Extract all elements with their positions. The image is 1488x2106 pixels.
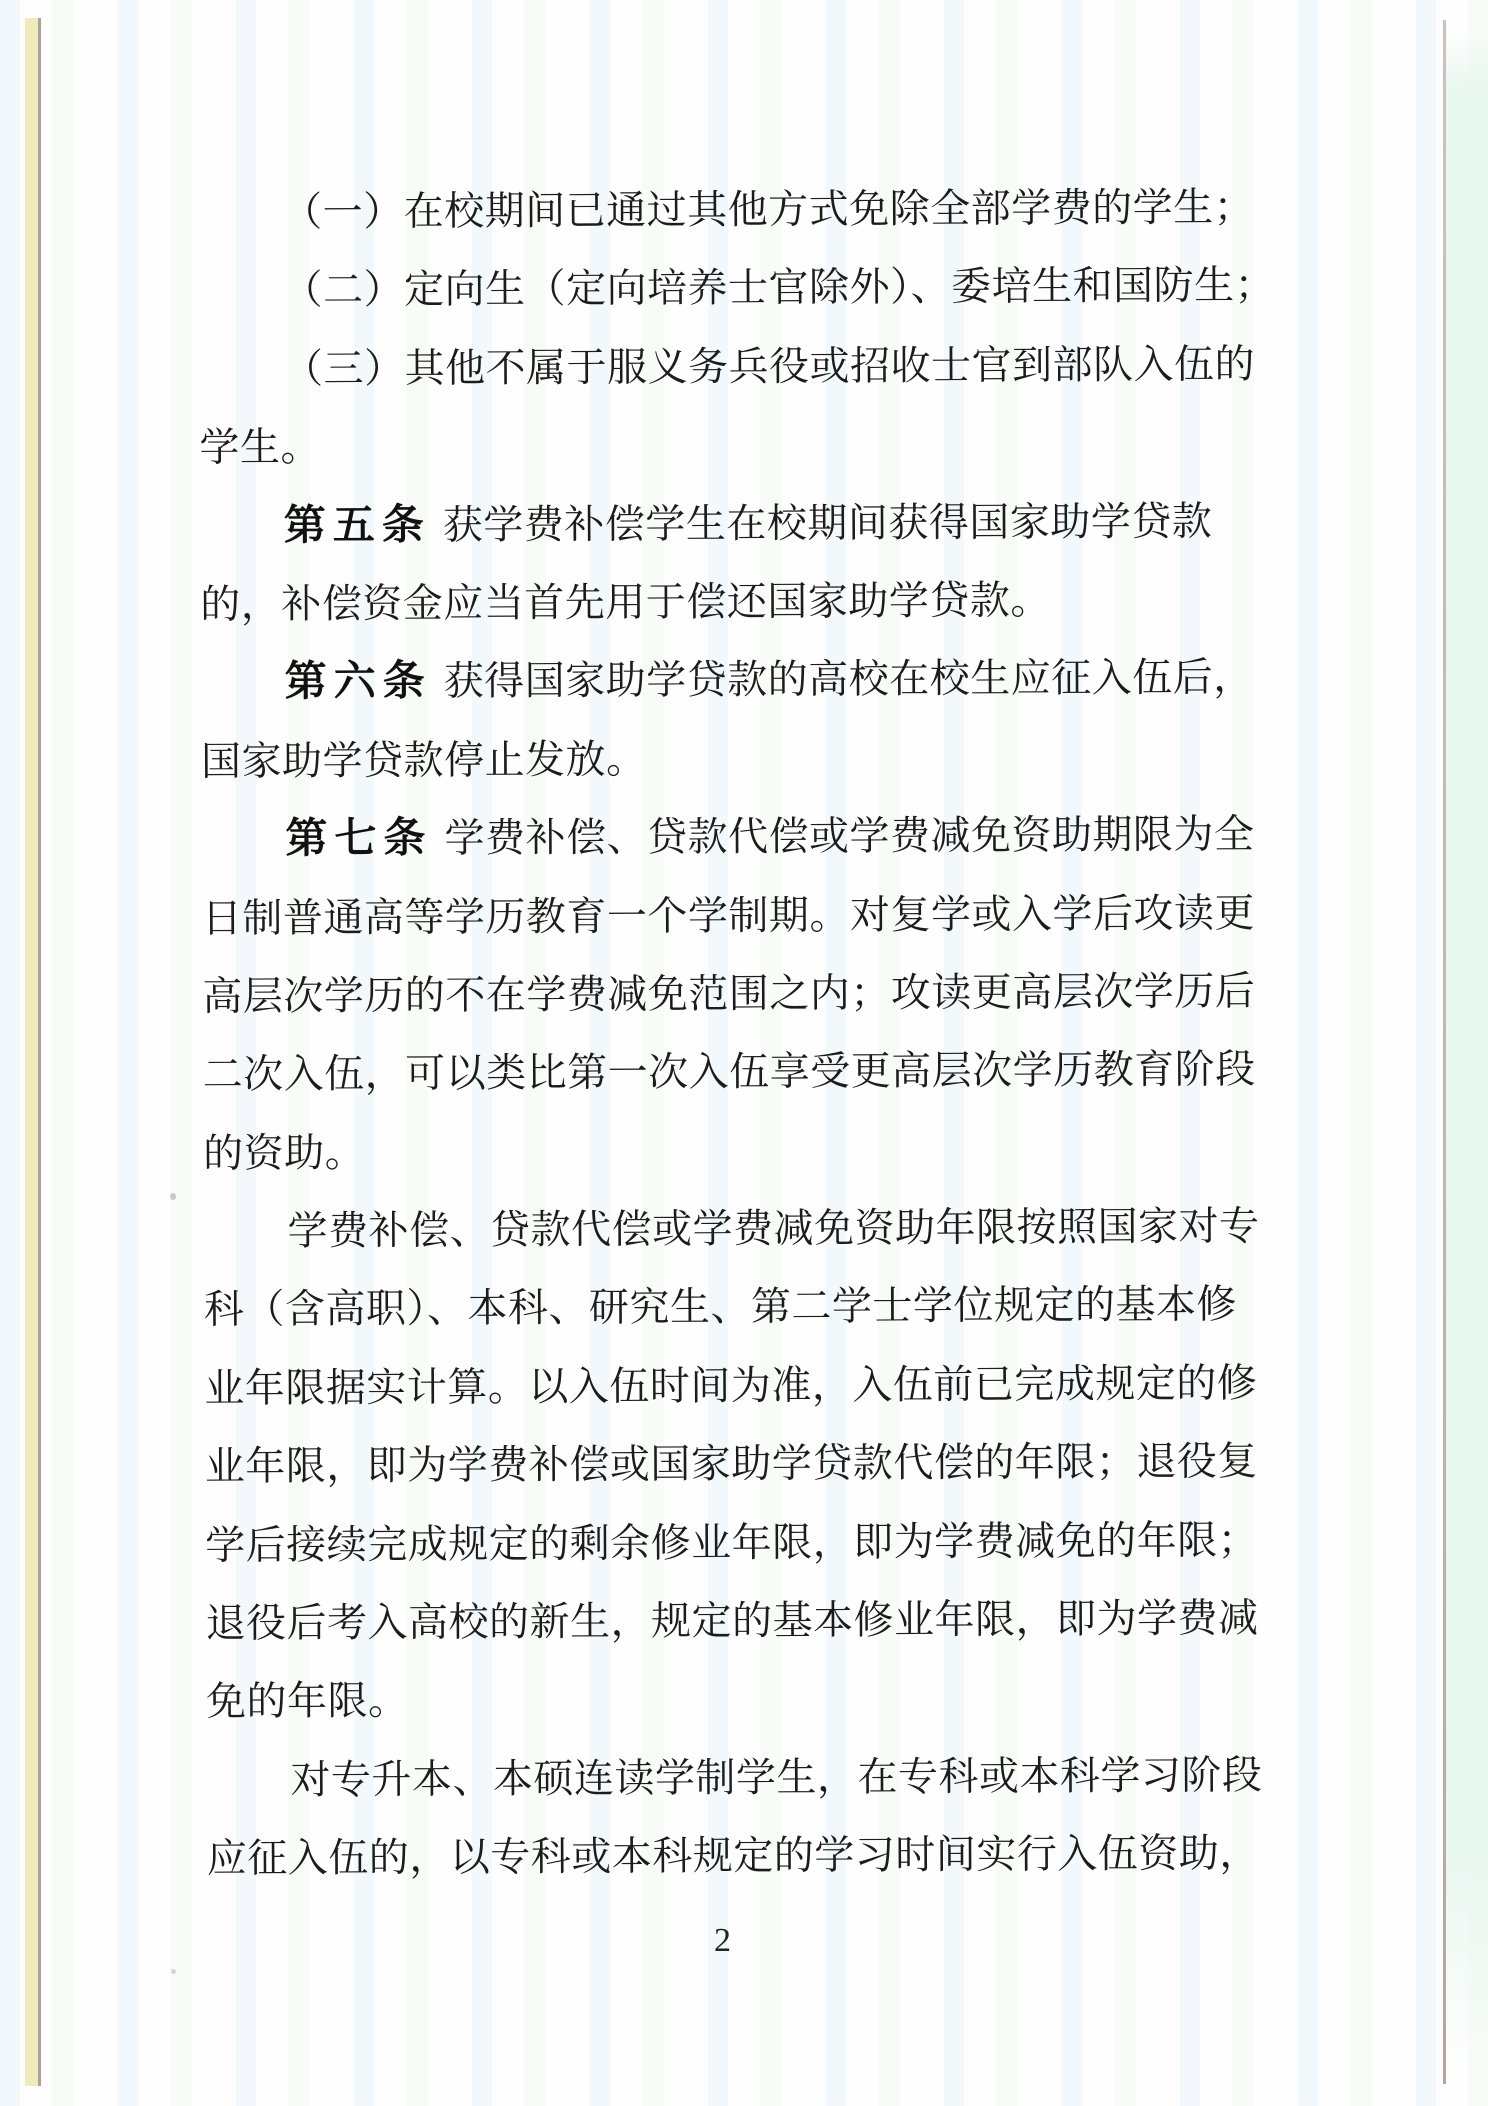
text-line: 免的年限。 [206,1658,1276,1742]
line-text: 获学费补偿学生在校期间获得国家助学贷款 [443,498,1213,547]
line-text: 日制普通高等学历教育一个学制期。对复学或入学后攻读更 [202,890,1255,941]
clause-heading: 第七条 [285,816,432,863]
text-line: （三）其他不属于服义务兵役或招收士官到部队入伍的 [199,325,1269,409]
text-line: 第七条学费补偿、贷款代偿或学费减免资助期限为全 [201,796,1271,880]
text-line: 二次入伍，可以类比第一次入伍享受更高层次学历教育阶段 [203,1031,1273,1115]
text-line: 第六条获得国家助学贷款的高校在校生应征入伍后， [200,639,1270,723]
line-text: 学后接续完成规定的剩余修业年限，即为学费减免的年限； [205,1517,1258,1568]
document-body: （一）在校期间已通过其他方式免除全部学费的学生； （二）定向生（定向培养士官除外… [198,168,1277,1898]
line-text: 应征入伍的，以专科或本科规定的学习时间实行入伍资助， [207,1831,1260,1882]
text-line: 高层次学历的不在学费减免范围之内；攻读更高层次学历后 [202,952,1272,1036]
scan-speck [171,1969,176,1974]
text-line: 学后接续完成规定的剩余修业年限，即为学费减免的年限； [205,1501,1275,1585]
line-text: 对专升本、本硕连读学制学生，在专科或本科学习阶段 [290,1752,1262,1802]
line-text: （二）定向生（定向培养士官除外）、委培生和国防生； [282,263,1275,313]
line-text: 业年限，即为学费补偿或国家助学贷款代偿的年限；退役复 [205,1439,1258,1490]
text-line: （二）定向生（定向培养士官除外）、委培生和国防生； [198,247,1268,331]
text-line: 业年限据实计算。以入伍时间为准，入伍前已完成规定的修 [204,1344,1274,1428]
line-text: （三）其他不属于服义务兵役或招收士官到部队入伍的 [283,341,1255,391]
text-line: 第五条获学费补偿学生在校期间获得国家助学贷款 [200,482,1270,566]
text-line: 退役后考入高校的新生，规定的基本修业年限，即为学费减 [205,1579,1275,1663]
line-text: 国家助学贷款停止发放。 [201,736,647,783]
clause-heading: 第五条 [284,502,431,549]
text-line: （一）在校期间已通过其他方式免除全部学费的学生； [198,168,1268,252]
line-text: 获得国家助学贷款的高校在校生应征入伍后， [444,655,1254,704]
line-text: 学生。 [199,425,321,471]
line-text: 退役后考入高校的新生，规定的基本修业年限，即为学费减 [205,1595,1258,1646]
right-edge-line [1443,20,1446,2084]
text-line: 日制普通高等学历教育一个学制期。对复学或入学后攻读更 [202,874,1272,958]
text-line: 对专升本、本硕连读学制学生，在专科或本科学习阶段 [206,1736,1276,1820]
line-text: 免的年限。 [206,1678,409,1724]
line-text: 二次入伍，可以类比第一次入伍享受更高层次学历教育阶段 [203,1047,1256,1098]
text-line: 科（含高职）、本科、研究生、第二学士学位规定的基本修 [204,1266,1274,1350]
scan-speck [170,1193,176,1200]
text-line: 学费补偿、贷款代偿或学费减免资助年限按照国家对专 [203,1187,1273,1271]
text-line: 的，补偿资金应当首先用于偿还国家助学贷款。 [200,560,1270,644]
line-text: 科（含高职）、本科、研究生、第二学士学位规定的基本修 [204,1282,1237,1332]
clause-heading: 第六条 [285,659,432,706]
line-text: （一）在校期间已通过其他方式免除全部学费的学生； [282,184,1254,234]
text-line: 应征入伍的，以专科或本科规定的学习时间实行入伍资助， [207,1815,1277,1899]
text-line: 学生。 [199,404,1269,488]
page-number: 2 [198,1922,1248,1960]
left-edge-band [25,18,38,2086]
line-text: 业年限据实计算。以入伍时间为准，入伍前已完成规定的修 [204,1360,1257,1411]
text-line: 业年限，即为学费补偿或国家助学贷款代偿的年限；退役复 [205,1423,1275,1507]
text-line: 国家助学贷款停止发放。 [201,717,1271,801]
left-edge-line [38,18,41,2086]
line-text: 高层次学历的不在学费减免范围之内；攻读更高层次学历后 [202,968,1255,1019]
line-text: 学费补偿、贷款代偿或学费减免资助期限为全 [444,812,1254,861]
line-text: 学费补偿、贷款代偿或学费减免资助年限按照国家对专 [287,1204,1259,1254]
text-line: 的资助。 [203,1109,1273,1193]
right-edge-strip [1446,0,1488,2106]
line-text: 的，补偿资金应当首先用于偿还国家助学贷款。 [200,577,1051,626]
line-text: 的资助。 [203,1130,365,1176]
